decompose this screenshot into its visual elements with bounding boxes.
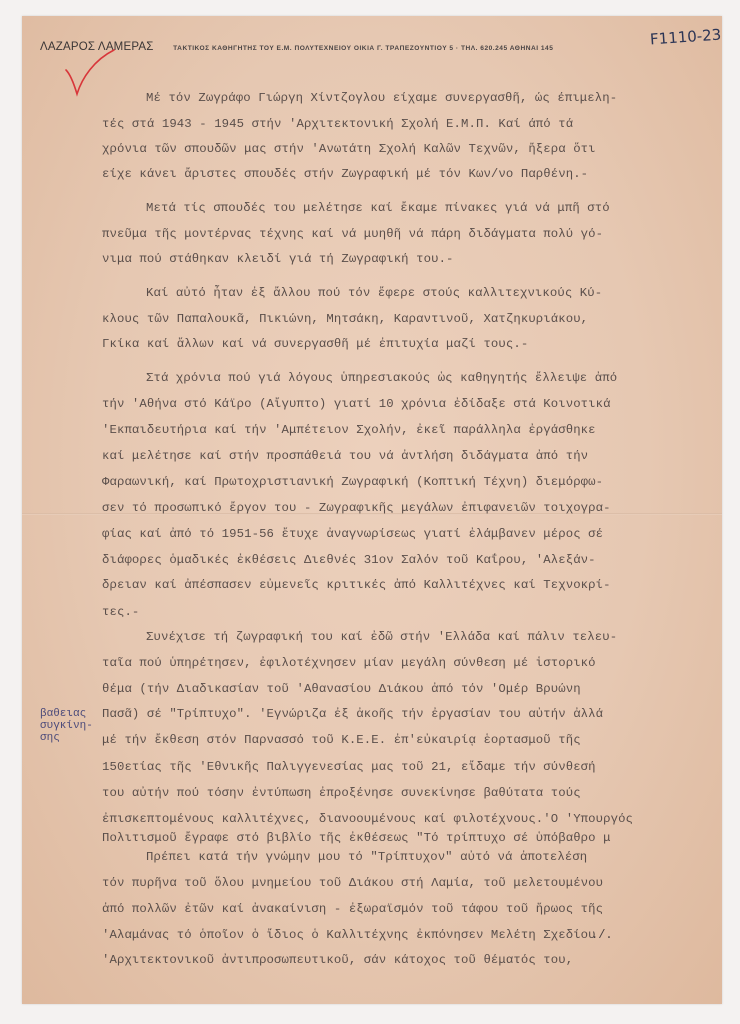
body-line: τές στά 1943 - 1945 στήν 'Αρχιτεκτονική … [102,116,573,132]
body-line: Καί αὐτό ἦταν ἐξ ἄλλου πού τόν ἔφερε στο… [146,285,602,301]
body-line: χρόνια τῶν σπουδῶν μας στήν 'Ανωτάτη Σχο… [102,141,596,157]
body-line: φίας καί ἀπό τό 1951-56 ἔτυχε ἀναγνωρίσε… [102,526,603,542]
body-line: Γκίκα καί ἄλλων καί νά συνεργασθῆ μέ ἐπι… [102,336,528,352]
body-line: μέ τήν ἔκθεση στόν Παρνασσό τοῦ Κ.Ε.Ε. ἐ… [102,732,581,748]
body-line: του αὐτήν πού τόσην ἐντύπωση ἐπροξένησε … [102,785,581,801]
body-line: Μετά τίς σπουδές του μελέτησε καί ἔκαμε … [146,200,610,216]
body-line: διάφορες ὁμαδικές ἐκθέσεις Διεθνές 31ον … [102,552,596,568]
body-line: θέμα (τήν Διαδικασίαν τοῦ 'Αθανασίου Διά… [102,681,581,697]
letterhead: ΛΑΖΑΡΟΣ ΛΑΜΕΡΑΣ ΤΑΚΤΙΚΟΣ ΚΑΘΗΓΗΤΗΣ ΤΟΥ Ε… [40,37,700,53]
page-continuation-mark: ./. [591,928,613,942]
body-line: Φαραωνική, καί Πρωτοχριστιανική Ζωγραφικ… [102,474,603,490]
body-line: τες.- [102,604,139,620]
body-line: ταῖα πού ὑπηρέτησεν, ἐφιλοτέχνησεν μίαν … [102,655,596,671]
body-line: δρειαν καί ἀπέσπασεν εὐμενεῖς κριτικές ἀ… [102,577,611,593]
body-line: Πολιτισμοῦ ἔγραφε στό βιβλίο τῆς ἐκθέσεω… [102,830,611,846]
body-line: Στά χρόνια πού γιά λόγους ὑπηρεσιακούς ὡ… [146,370,617,386]
body-line: 150ετίας τῆς 'Εθνικῆς Παλιγγενεσίας μας … [102,759,596,775]
body-line: Πασᾶ) σέ "Τρίπτυχο". 'Εγνώριζα ἐξ ἀκοῆς … [102,706,603,722]
body-line: 'Αρχιτεκτονικοῦ ἀντιπροσωπευτικοῦ, σάν κ… [102,952,573,968]
body-line: Συνέχισε τή ζωγραφική του καί ἐδῶ στήν '… [146,629,617,645]
body-line: 'Εκπαιδευτήρια καί τήν 'Αμπέτειον Σχολήν… [102,422,596,438]
body-line: Πρέπει κατά τήν γνώμην μου τό "Τρίπτυχον… [146,849,587,865]
body-line: ἀπό πολλῶν ἐτῶν καί ἀνακαίνιση - ἐξωραϊσ… [102,901,603,917]
body-line: τόν πυρῆνα τοῦ ὅλου μνημείου τοῦ Διάκου … [102,875,603,891]
body-line: 'Αλαμάνας τό ὁποῖον ὁ ἴδιος ὁ Καλλιτέχνη… [102,927,596,943]
body-line: πνεῦμα τῆς μοντέρνας τέχνης καί νά μυηθῆ… [102,226,603,242]
body-line: τήν 'Αθήνα στό Κάϊρο (Αἴγυπτο) γιατί 10 … [102,396,611,412]
letterhead-info: ΤΑΚΤΙΚΟΣ ΚΑΘΗΓΗΤΗΣ ΤΟΥ Ε.Μ. ΠΟΛΥΤΕΧΝΕΙΟΥ… [173,45,553,52]
body-line: κλους τῶν Παπαλουκᾶ, Πικιώνη, Μητσάκη, Κ… [102,311,588,327]
margin-note: βαθειας συγκίνη- σης [40,708,93,744]
body-line: Μέ τόν Ζωγράφο Γιώργη Χίντζογλου είχαμε … [146,90,617,106]
body-line: ἐπισκεπτομένους καλλιτέχνες, διανοουμένο… [102,811,633,827]
body-line: νιμα πού στάθηκαν κλειδί γιά τή Ζωγραφικ… [102,251,454,267]
check-mark-icon [64,48,124,98]
body-line: είχε κάνει ἄριστες σπουδές στήν Ζωγραφικ… [102,166,588,182]
body-line: καί μελέτησε καί στήν προσπάθειά του νά … [102,448,588,464]
body-line: σεν τό προσωπικό ἔργον του - Ζωγραφικῆς … [102,500,611,516]
